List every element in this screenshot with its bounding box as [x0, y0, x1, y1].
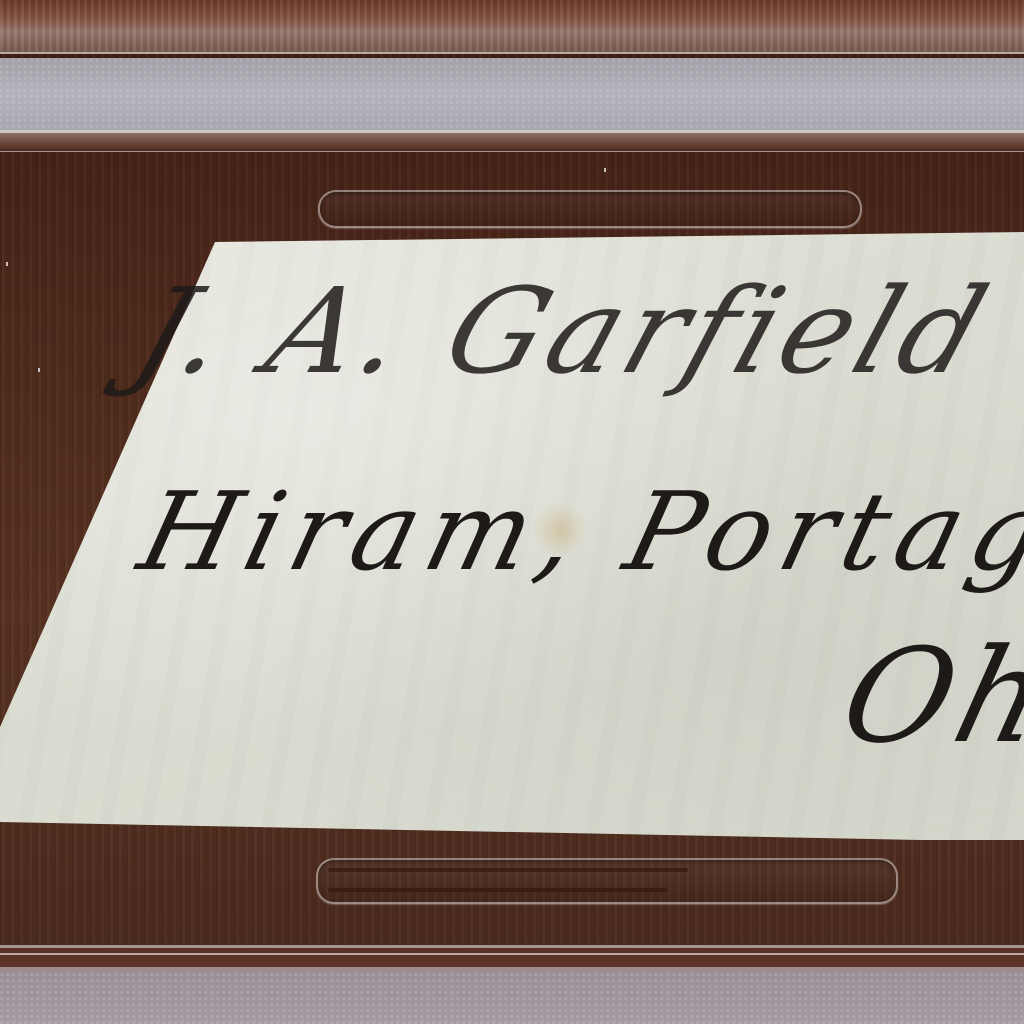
signature-name: J. A. Garfield: [120, 262, 1008, 400]
holder-top-slot: [318, 190, 862, 228]
handwritten-town: Hiram, Portage: [128, 470, 1024, 595]
holder-bottom-frosted-area: [0, 971, 1024, 1024]
holder-bottom-rail: [0, 945, 1024, 971]
holder-top-rail: [0, 0, 1024, 54]
dust-speck: [6, 262, 8, 266]
holder-top-inner-rail: [0, 133, 1024, 152]
dust-speck: [38, 368, 40, 372]
dust-speck: [604, 168, 606, 172]
holder-bottom-slot: [316, 858, 898, 904]
holder-top-frosted-label-area: [0, 58, 1024, 133]
